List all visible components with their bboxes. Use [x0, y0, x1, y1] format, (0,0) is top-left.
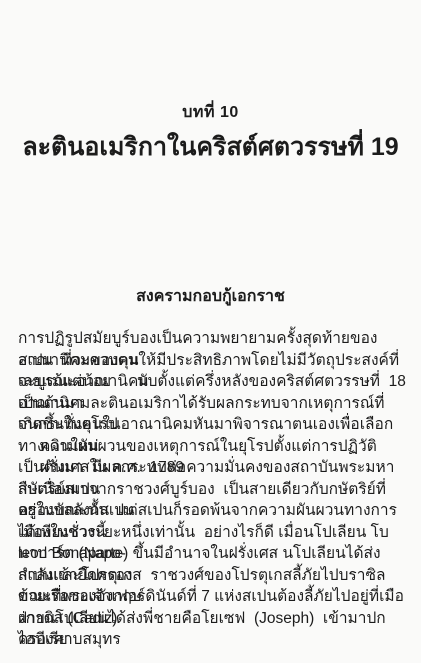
text-line: เลยแม้แต่น้อย นับตั้งแต่ครึ่งหลังของคริส…: [18, 371, 406, 393]
chapter-title: ละตินอเมริกาในคริสต์ศตวรรษที่ 19: [0, 127, 421, 167]
text-line: ขณะที่พระเจ้าเฟอร์ดินันด์ที่ 7 แห่งสเปนต…: [18, 586, 406, 608]
text-line: จนกระทั่งคนในอาณานิคมหันมาพิจารณาตนเองเพ…: [18, 414, 406, 436]
text-line: ความผันผวนของเหตุการณ์ในยุโรปตั้งแต่การป…: [18, 436, 406, 458]
text-line: leon Bonaparte) ขึ้นมีอำนาจในฝรั่งเศส นโ…: [18, 543, 406, 565]
paragraph: การปฏิรูปสมัยบูร์บองเป็นความพยายามครั้งส…: [18, 328, 406, 436]
text-line: สเปนและโปรตุเกส ราชวงศ์ของโปรตุเกสลี้ภัย…: [18, 565, 406, 587]
text-line: อาณานิคมของตนให้มีประสิทธิภาพโดยไม่มีวัต…: [18, 350, 406, 372]
text-line: การปฏิรูปสมัยบูร์บองเป็นความพยายามครั้งส…: [18, 328, 406, 350]
text-line: สืบเนื่องมาจากราชวงศ์บูร์บอง เป็นสายเดีย…: [18, 479, 406, 501]
body-text: การปฏิรูปสมัยบูร์บองเป็นความพยายามครั้งส…: [18, 328, 406, 651]
text-line: อยู่ในขณะนั้น แต่สเปนก็รอดพ้นจากความผันผ…: [18, 500, 406, 522]
text-line: เป็นต้นมา มีผลกระทบต่อความมั่นคงของสถาบั…: [18, 457, 406, 479]
text-line: ได้เพียงชั่วระยะหนึ่งเท่านั้น อย่างไรก็ด…: [18, 522, 406, 544]
chapter-label: บทที่ 10: [0, 100, 421, 125]
text-line: อาณานิคมละตินอเมริกาได้รับผลกระทบจากเหตุ…: [18, 393, 406, 415]
section-heading: สงครามกอบกู้เอกราช: [0, 284, 421, 309]
book-page: บทที่ 10 ละตินอเมริกาในคริสต์ศตวรรษที่ 1…: [0, 0, 421, 663]
paragraph: ความผันผวนของเหตุการณ์ในยุโรปตั้งแต่การป…: [18, 436, 406, 651]
text-line: ฝ่ายนโปเลียนได้ส่งพี่ชายคือโยเซฟ (Joseph…: [18, 608, 406, 630]
